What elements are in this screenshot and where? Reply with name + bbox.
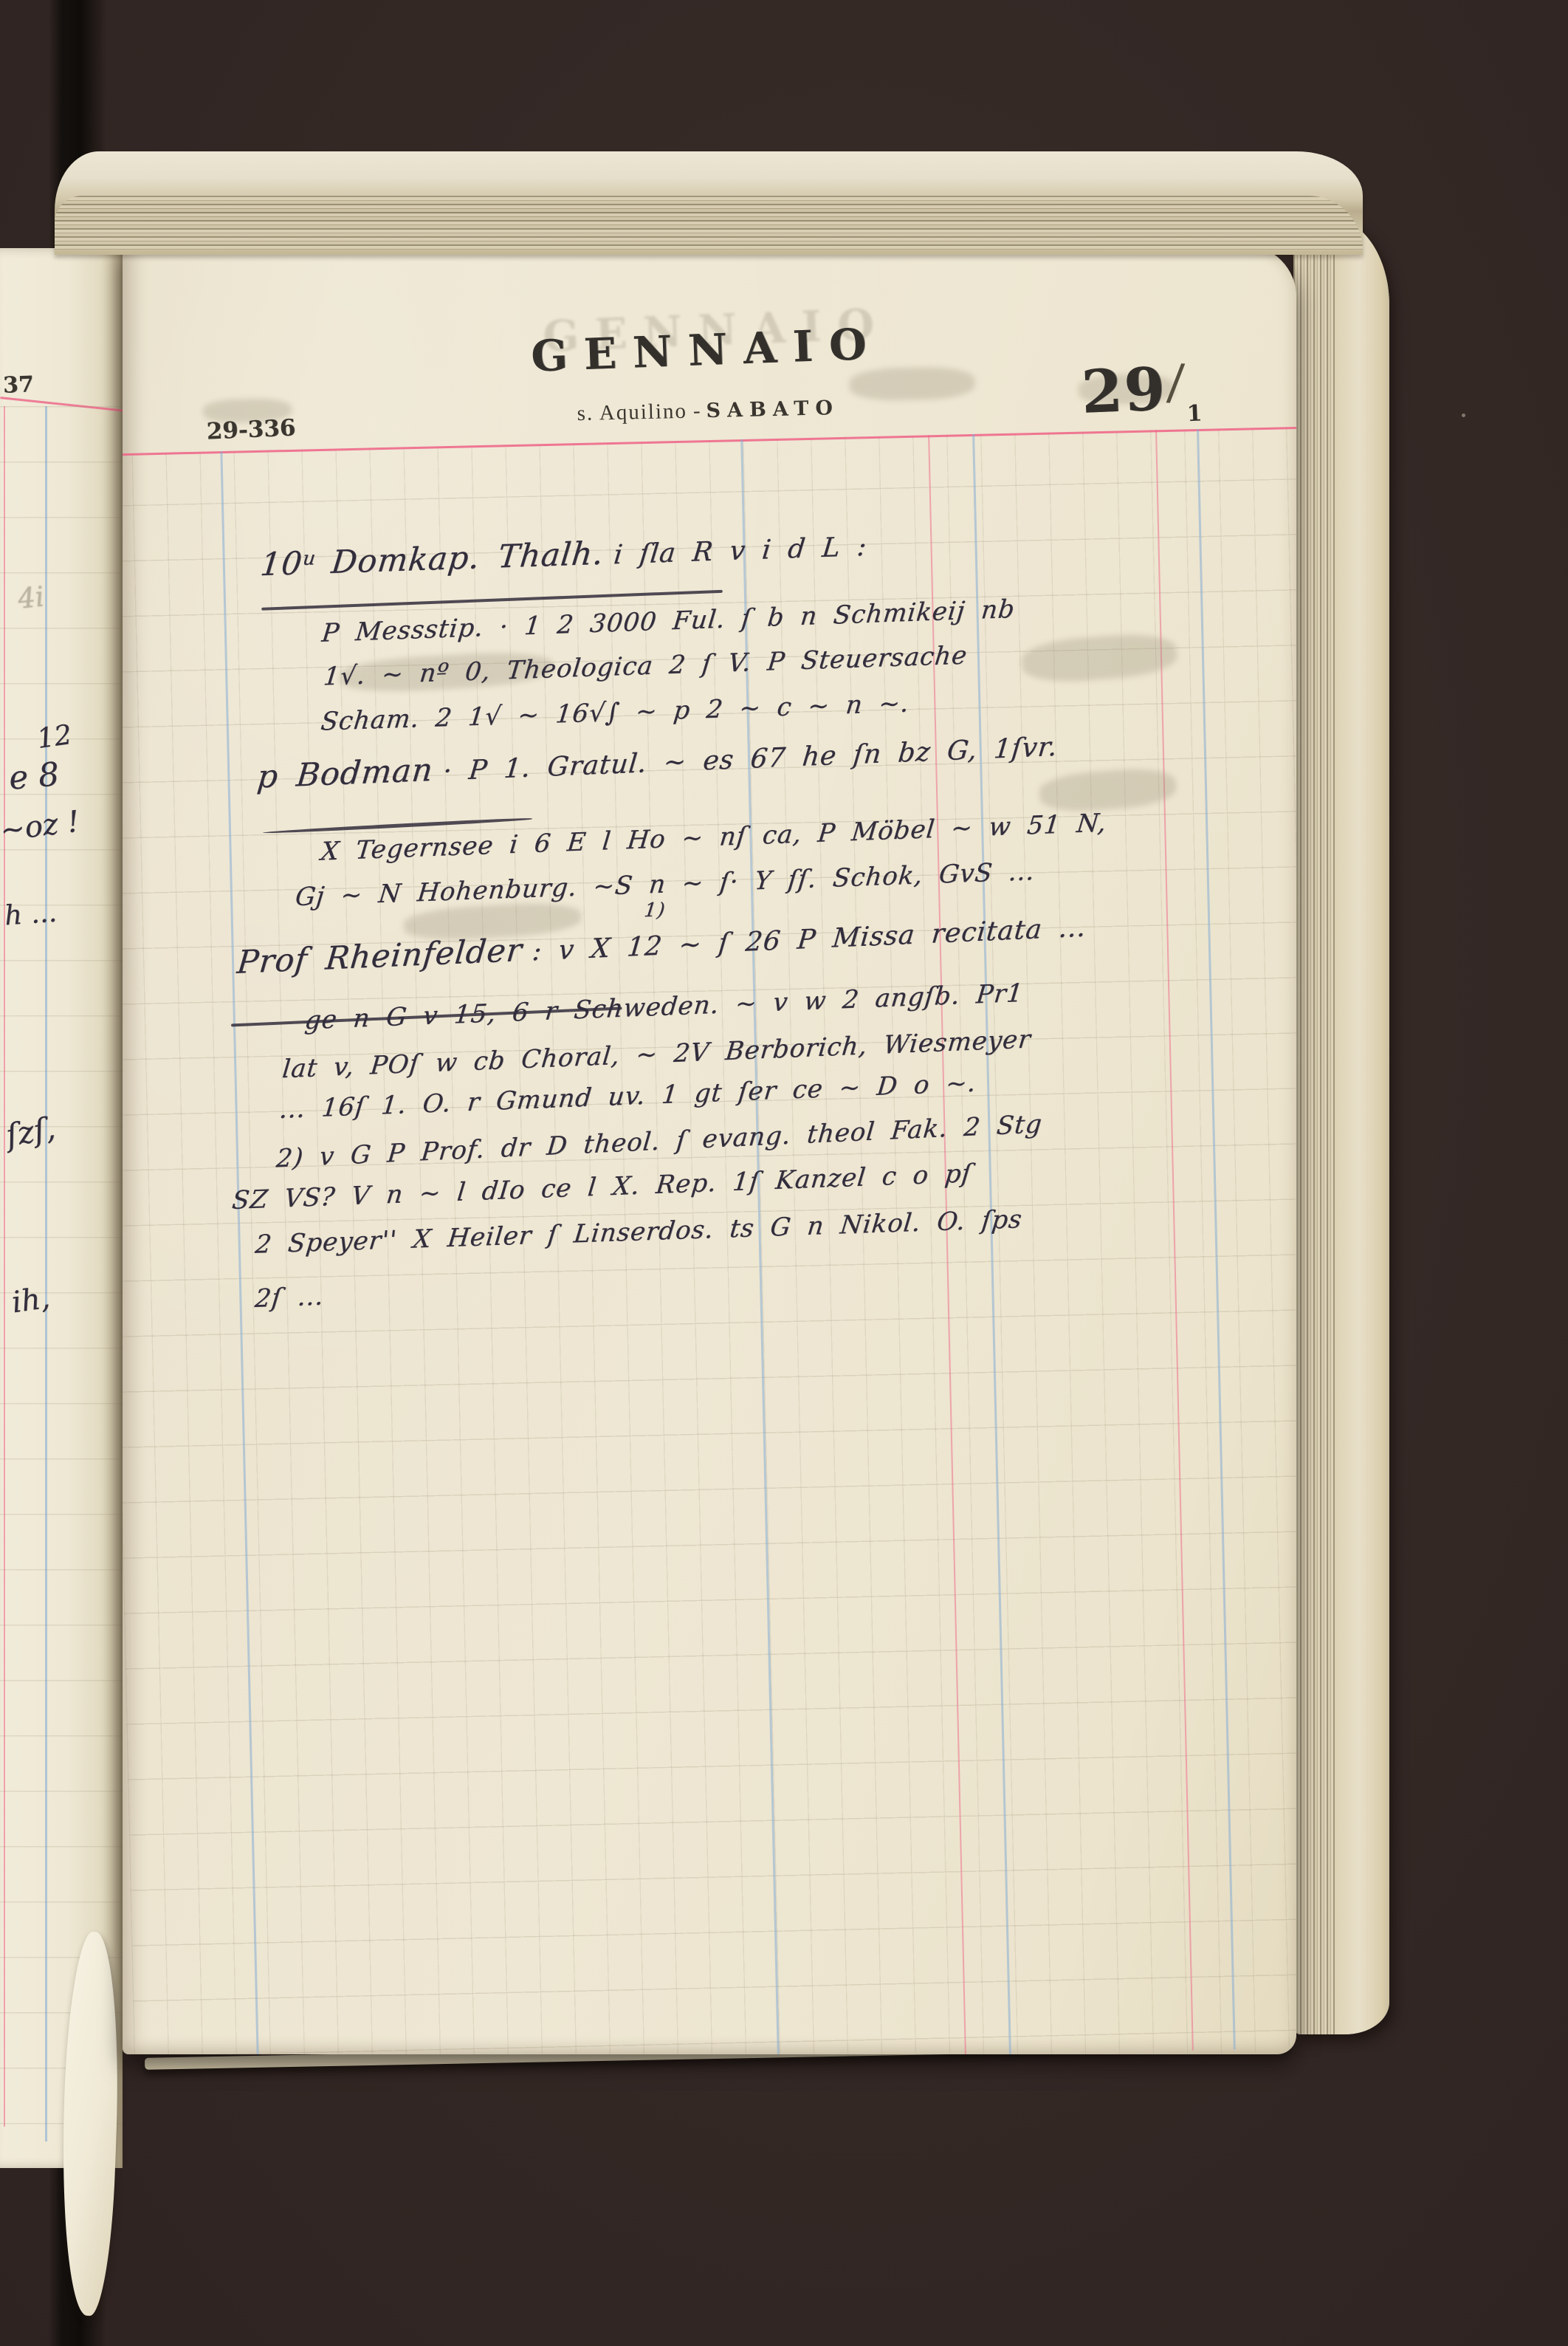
- handwriting-fragment: 12: [35, 718, 74, 755]
- month-number: 1: [1186, 400, 1203, 427]
- handwriting-fragment: h ...: [4, 896, 58, 932]
- entry-heading: p Bodman: [255, 752, 435, 796]
- handwriting-fragment: e 8: [7, 755, 61, 798]
- saint-separator: -: [687, 399, 706, 423]
- diary-page: GENNAIO GENNAIO 29-336 s. Aquilino-SABAT…: [123, 245, 1296, 2054]
- weekday-label: SABATO: [706, 397, 839, 422]
- date-slash: /: [1166, 353, 1186, 411]
- entry-time-superscript: u: [302, 547, 317, 570]
- photo-of-diary-page: 37 4i 12 e 8 ~oz ! h ... ſzſ, ih, GENNAI…: [0, 0, 1568, 2346]
- dust-specks: [1462, 414, 1465, 417]
- entry-time: 10: [258, 545, 304, 583]
- page-code: 29-336: [206, 414, 296, 445]
- pencil-mark: 4i: [16, 580, 46, 614]
- saint-day-line: s. Aquilino-SABATO: [479, 394, 938, 428]
- page-edge-streaks: [1293, 216, 1335, 2034]
- left-page-faint-lines: [0, 406, 123, 2127]
- page-ruling-and-content: GENNAIO GENNAIO 29-336 s. Aquilino-SABAT…: [123, 245, 1296, 2054]
- page-edge-streaks: [55, 196, 1363, 250]
- top-page-stack-edge: [55, 151, 1363, 255]
- footnote-reference: 1): [644, 899, 665, 922]
- day-number: 29: [1080, 354, 1168, 427]
- handwriting-fragment: ih,: [10, 1281, 52, 1320]
- left-page-sliver: 37 4i 12 e 8 ~oz ! h ... ſzſ, ih,: [0, 248, 123, 2168]
- handwritten-line: 2ſ ...: [255, 1282, 325, 1314]
- saint-name: s. Aquilino: [577, 399, 687, 425]
- outer-page-edge: [1335, 216, 1389, 2034]
- left-page-code-fragment: 37: [2, 371, 34, 398]
- day-date: 29/1: [1080, 353, 1201, 427]
- right-page-stack-edge: [1293, 216, 1389, 2034]
